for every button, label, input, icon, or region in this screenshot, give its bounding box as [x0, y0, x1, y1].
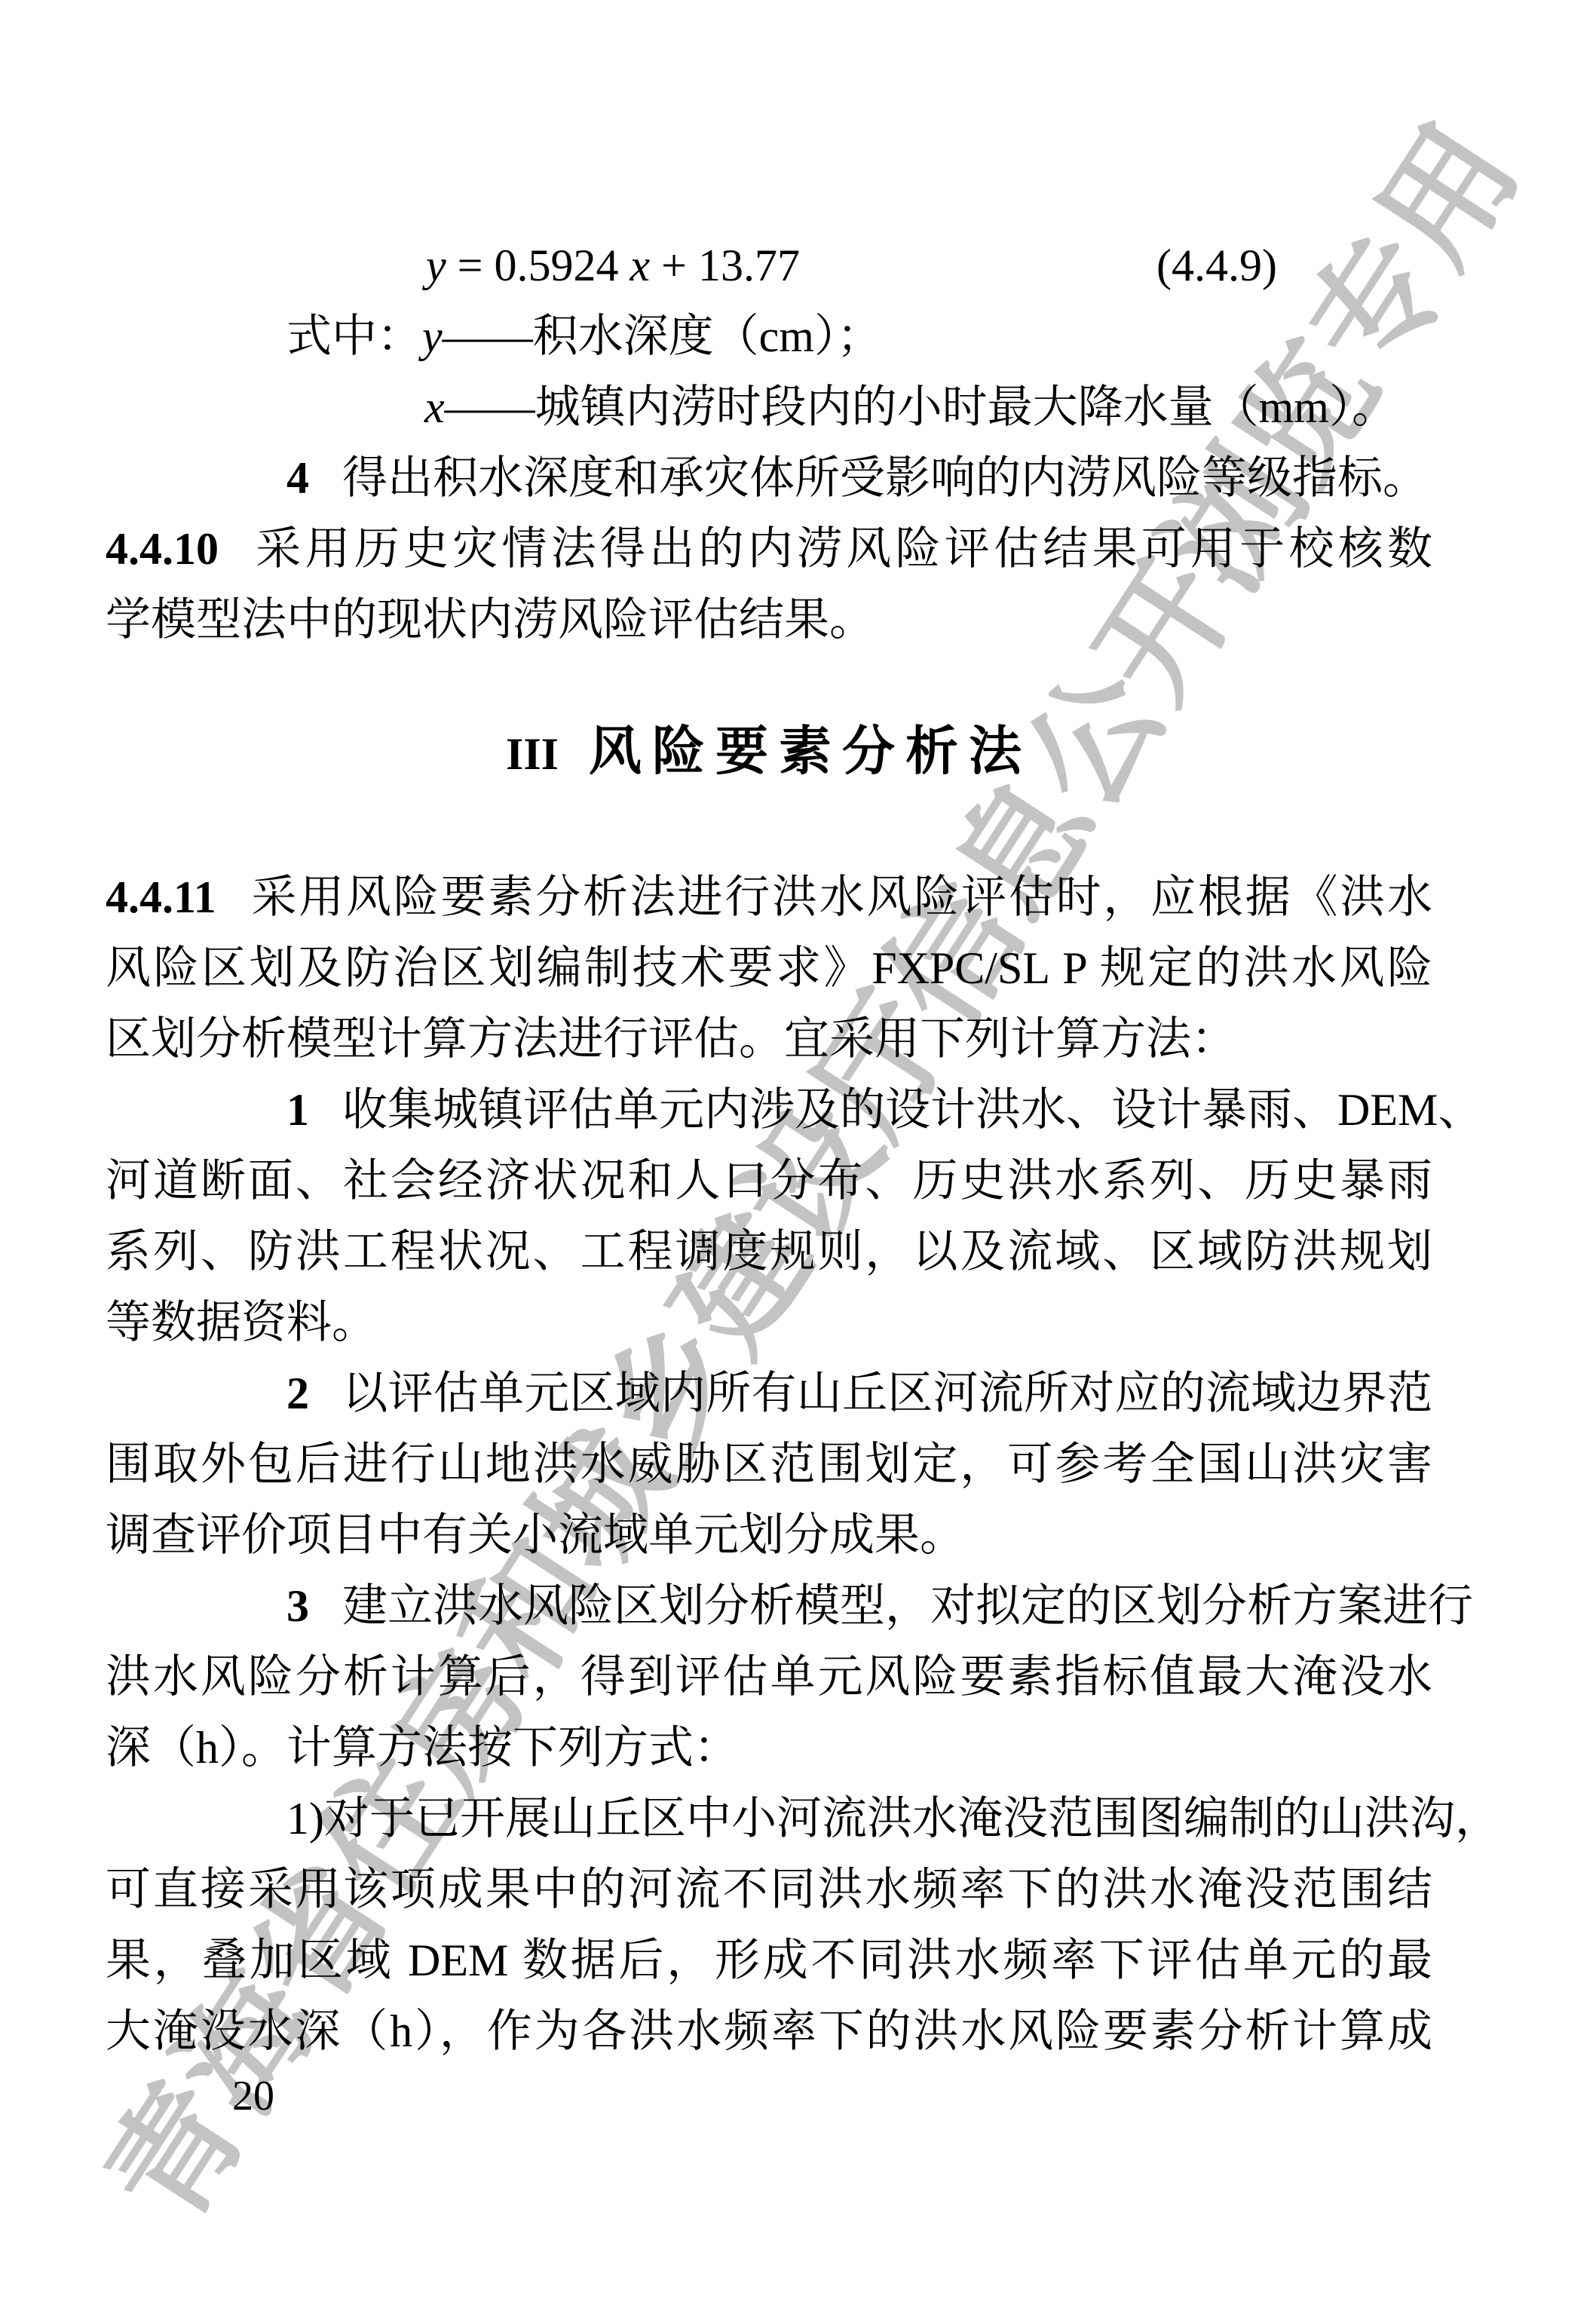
equation-number: (4.4.9) [1156, 230, 1277, 301]
definition-x: x——城镇内涝时段内的小时最大降水量（mm）。 [106, 372, 1432, 443]
item-number: 1 [286, 1085, 309, 1135]
paragraph-text: 可直接采用该项成果中的河流不同洪水频率下的洪水淹没范围结 [106, 1865, 1432, 1914]
paragraph-text: 大淹没水深（h），作为各洪水频率下的洪水风险要素分析计算成 [106, 2006, 1432, 2056]
paragraph-text: 河道断面、社会经济状况和人口分布、历史洪水系列、历史暴雨 [106, 1156, 1432, 1206]
equation-449: y = 0.5924 x + 13.77 (4.4.9) [106, 230, 1432, 301]
paragraph-text: 果，叠加区域 DEM 数据后，形成不同洪水频率下评估单元的最 [106, 1935, 1432, 1985]
page-number: 20 [232, 2072, 274, 2120]
paragraph-line: 区划分析模型计算方法进行评估。宜采用下列计算方法： [106, 1004, 1432, 1074]
paragraph-text: 调查评价项目中有关小流域单元划分成果。 [106, 1510, 965, 1560]
def-var-y: y [422, 311, 443, 361]
section-heading: III风险要素分析法 [106, 716, 1432, 789]
paragraph-line: 大淹没水深（h），作为各洪水频率下的洪水风险要素分析计算成 [106, 1996, 1432, 2067]
paragraph-text: 采用风险要素分析法进行洪水风险评估时，应根据《洪水 [250, 872, 1432, 922]
page-content: y = 0.5924 x + 13.77 (4.4.9) 式中：y——积水深度（… [106, 0, 1432, 2067]
paragraph-line: 果，叠加区域 DEM 数据后，形成不同洪水频率下评估单元的最 [106, 1925, 1432, 1996]
paragraph-line: 学模型法中的现状内涝风险评估结果。 [106, 584, 1432, 655]
paragraph-line: 4得出积水深度和承灾体所受影响的内涝风险等级指标。 [106, 443, 1432, 513]
paragraph-text: 围取外包后进行山地洪水威胁区范围划定，可参考全国山洪灾害 [106, 1439, 1432, 1489]
document-page: 青海省住房和城乡建设厅信息公开浏览专用 y = 0.5924 x + 13.77… [0, 0, 1596, 2314]
equation-tail: + 13.77 [650, 241, 800, 290]
def-var-x: x [424, 382, 445, 432]
definition-y: 式中：y——积水深度（cm）； [106, 301, 1432, 372]
item-number: 3 [286, 1581, 309, 1631]
equation-body: y = 0.5924 x + 13.77 [426, 230, 800, 301]
def-text-y: ——积水深度（cm）； [443, 311, 882, 361]
def-text-x: ——城镇内涝时段内的小时最大降水量（mm）。 [445, 382, 1397, 432]
paragraph-text: 收集城镇评估单元内涉及的设计洪水、设计暴雨、DEM、 [342, 1085, 1483, 1135]
paragraph-text: 等数据资料。 [106, 1298, 377, 1347]
paragraph-text: 得出积水深度和承灾体所受影响的内涝风险等级指标。 [342, 453, 1428, 503]
paragraph-text: 洪水风险分析计算后，得到评估单元风险要素指标值最大淹没水 [106, 1652, 1432, 1702]
paragraph-line: 等数据资料。 [106, 1287, 1432, 1358]
paragraph-line: 风险区划及防治区划编制技术要求》FXPC/SL P 规定的洪水风险 [106, 933, 1432, 1004]
paragraph-line: 系列、防洪工程状况、工程调度规则，以及流域、区域防洪规划 [106, 1216, 1432, 1287]
paragraph-text: 风险区划及防治区划编制技术要求》FXPC/SL P 规定的洪水风险 [106, 943, 1432, 993]
paragraph-text: 深（h）。计算方法按下列方式： [106, 1723, 739, 1773]
clause-number: 4.4.10 [106, 524, 219, 574]
paragraph-text: 采用历史灾情法得出的内涝风险评估结果可用于校核数 [252, 524, 1432, 574]
paragraph-text: 区划分析模型计算方法进行评估。宜采用下列计算方法： [106, 1014, 1236, 1064]
paragraph-text: 以评估单元区域内所有山丘区河流所对应的流域边界范 [342, 1368, 1432, 1418]
equation-var-y: y [426, 241, 446, 290]
paragraph-line: 调查评价项目中有关小流域单元划分成果。 [106, 1500, 1432, 1571]
where-label: 式中： [286, 311, 422, 361]
paragraph-line: 4.4.10采用历史灾情法得出的内涝风险评估结果可用于校核数 [106, 513, 1432, 584]
clause-number: 4.4.11 [106, 872, 216, 922]
section-title: 风险要素分析法 [589, 722, 1032, 780]
equation-var-x: x [630, 241, 650, 290]
paragraph-text: 学模型法中的现状内涝风险评估结果。 [106, 595, 875, 645]
paragraph-line: 深（h）。计算方法按下列方式： [106, 1712, 1432, 1783]
paragraph-line: 围取外包后进行山地洪水威胁区范围划定，可参考全国山洪灾害 [106, 1429, 1432, 1500]
equation-mid: = 0.5924 [446, 241, 630, 290]
paragraph-line: 2以评估单元区域内所有山丘区河流所对应的流域边界范 [106, 1358, 1432, 1429]
paragraph-text: 系列、防洪工程状况、工程调度规则，以及流域、区域防洪规划 [106, 1227, 1432, 1277]
paragraph-line: 洪水风险分析计算后，得到评估单元风险要素指标值最大淹没水 [106, 1641, 1432, 1712]
paragraph-text: 建立洪水风险区划分析模型，对拟定的区划分析方案进行 [342, 1581, 1473, 1631]
paragraph-line: 1)对于已开展山丘区中小河流洪水淹没范围图编制的山洪沟， [106, 1783, 1432, 1854]
paragraph-line: 1收集城镇评估单元内涉及的设计洪水、设计暴雨、DEM、 [106, 1074, 1432, 1145]
paragraph-line: 3建立洪水风险区划分析模型，对拟定的区划分析方案进行 [106, 1571, 1432, 1641]
paragraph-line: 可直接采用该项成果中的河流不同洪水频率下的洪水淹没范围结 [106, 1854, 1432, 1925]
paragraph-line: 4.4.11采用风险要素分析法进行洪水风险评估时，应根据《洪水 [106, 862, 1432, 933]
paragraph-text: 1)对于已开展山丘区中小河流洪水淹没范围图编制的山洪沟， [286, 1794, 1500, 1844]
section-roman-numeral: III [506, 729, 559, 779]
paragraph-line: 河道断面、社会经济状况和人口分布、历史洪水系列、历史暴雨 [106, 1145, 1432, 1216]
item-number: 4 [286, 453, 309, 503]
item-number: 2 [286, 1368, 309, 1418]
